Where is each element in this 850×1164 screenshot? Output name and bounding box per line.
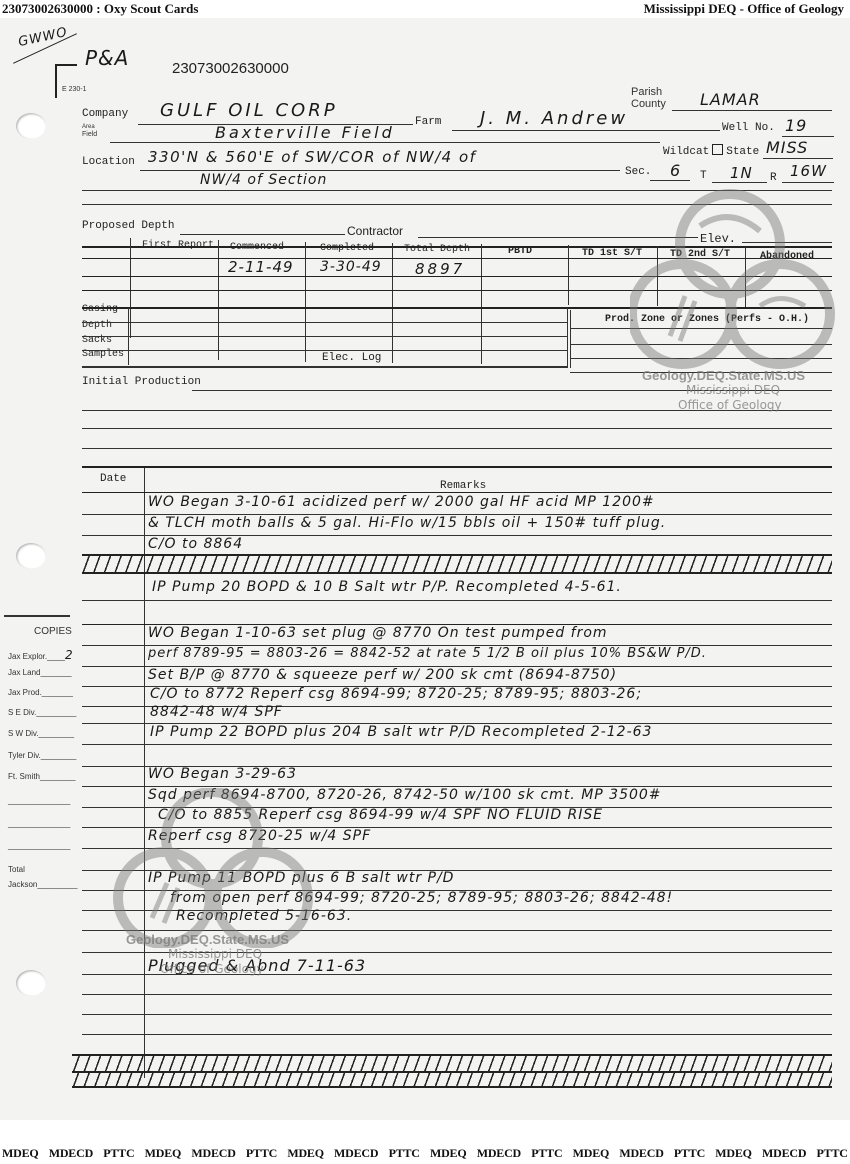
- field-value: Baxterville Field: [215, 123, 395, 142]
- parish-label: Parish: [631, 86, 662, 98]
- col-completed: Completed: [320, 243, 374, 254]
- remark-line: Set B/P @ 8770 & squeeze perf w/ 200 sk …: [148, 667, 617, 683]
- sec-label: Sec.: [625, 166, 651, 178]
- watermark-url: Geology.DEQ.State.MS.US: [126, 932, 289, 947]
- range-value: 16W: [790, 162, 827, 180]
- form-number: E 230-1: [62, 86, 87, 93]
- commenced-value: 2-11-49: [228, 258, 294, 276]
- col-total-depth: Total Depth: [404, 244, 470, 255]
- remark-line: WO Began 3-29-63: [148, 766, 297, 782]
- watermark-agency: Mississippi DEQ: [168, 947, 262, 961]
- farm-value: J. M. Andrew: [480, 108, 628, 129]
- remark-line: IP Pump 20 BOPD & 10 B Salt wtr P/P. Rec…: [152, 579, 622, 595]
- col-first-report: First Report: [142, 240, 214, 251]
- remark-line: 8842-48 w/4 SPF: [150, 704, 283, 720]
- copies-item: ______________: [8, 796, 70, 805]
- scout-card: GWWO P&A E 230-1 23073002630000 Company …: [0, 18, 850, 1120]
- mdeq-logo-watermark: [630, 186, 835, 376]
- page-footer: MDEQMDECDPTTC MDEQMDECDPTTC MDEQMDECDPTT…: [0, 1146, 850, 1164]
- field-label: Field: [82, 131, 97, 138]
- remark-line: WO Began 3-10-61 acidized perf w/ 2000 g…: [148, 494, 655, 510]
- remark-line: C/O to 8772 Reperf csg 8694-99; 8720-25;…: [150, 686, 642, 702]
- remarks-header: Remarks: [440, 480, 486, 492]
- remark-line: WO Began 1-10-63 set plug @ 8770 On test…: [148, 625, 608, 641]
- township-label: T: [700, 170, 707, 182]
- punch-hole: [16, 113, 46, 139]
- copies-item: Tyler Div.________: [8, 751, 76, 760]
- copies-item: S W Div.________: [8, 729, 74, 738]
- elec-log-label: Elec. Log: [322, 352, 381, 364]
- proposed-depth-label: Proposed Depth: [82, 220, 174, 232]
- copies-item: Jax Land_______: [8, 668, 72, 677]
- col-pbtd: PBTD: [508, 246, 532, 257]
- state-value: MISS: [766, 138, 808, 157]
- range-label: R: [770, 172, 777, 184]
- copies-item: Ft. Smith________: [8, 772, 76, 781]
- wildcat-checkbox: [712, 144, 723, 155]
- corner-mark: GWWO: [17, 25, 69, 50]
- watermark-office: Office of Geology: [160, 962, 264, 976]
- company-label: Company: [82, 108, 128, 120]
- status-mark: P&A: [85, 46, 129, 70]
- hatched-footer: [72, 1071, 832, 1088]
- well-no-value: 19: [785, 116, 807, 135]
- township-value: 1N: [730, 164, 753, 182]
- copies-item: Jackson_________: [8, 880, 77, 889]
- document-title: 23073002630000 : Oxy Scout Cards: [2, 1, 198, 17]
- initial-production-label: Initial Production: [82, 376, 201, 388]
- copies-item: S E Div._________: [8, 708, 76, 717]
- copies-item: Total: [8, 865, 25, 874]
- copies-title: COPIES: [34, 626, 72, 637]
- company-value: GULF OIL CORP: [160, 100, 338, 121]
- location-value-2: NW/4 of Section: [200, 172, 327, 188]
- copies-item: ______________: [8, 841, 70, 850]
- watermark-url: Geology.DEQ.State.MS.US: [642, 368, 805, 383]
- mdeq-logo-watermark: [112, 788, 317, 948]
- remark-line: perf 8789-95 = 8803-26 = 8842-52 at rate…: [148, 646, 707, 661]
- punch-hole: [16, 543, 46, 569]
- page-header: 23073002630000 : Oxy Scout Cards Mississ…: [0, 0, 850, 18]
- wildcat-label: WildcatState: [663, 144, 759, 158]
- watermark-agency: Mississippi DEQ: [686, 383, 780, 397]
- location-label: Location: [82, 156, 135, 168]
- county-label: County: [631, 98, 666, 110]
- api-number: 23073002630000: [172, 60, 289, 77]
- remark-line: IP Pump 22 BOPD plus 204 B salt wtr P/D …: [150, 724, 652, 740]
- completed-value: 3-30-49: [320, 259, 382, 275]
- watermark-office: Office of Geology: [678, 398, 782, 412]
- copies-item: ______________: [8, 819, 70, 828]
- farm-label: Farm: [415, 116, 441, 128]
- copies-item: Jax Explor.____2: [8, 648, 74, 662]
- copies-item: Jax Prod._______: [8, 688, 73, 697]
- hatched-divider: [82, 554, 832, 574]
- remark-line: C/O to 8864: [148, 536, 243, 552]
- agency-title: Mississippi DEQ - Office of Geology: [644, 1, 844, 17]
- area-label: Area: [82, 124, 95, 130]
- location-value-1: 330'N & 560'E of SW/COR of NW/4 of: [148, 148, 476, 166]
- date-header: Date: [100, 473, 126, 485]
- county-value: LAMAR: [700, 90, 761, 109]
- casing-label: Casing: [82, 304, 118, 315]
- remark-line: & TLCH moth balls & 5 gal. Hi-Flo w/15 b…: [148, 515, 666, 531]
- contractor-label: Contractor: [347, 224, 403, 238]
- punch-hole: [16, 970, 46, 996]
- sec-value: 6: [670, 161, 681, 180]
- well-no-label: Well No.: [722, 122, 775, 134]
- col-commenced: Commenced: [230, 242, 284, 253]
